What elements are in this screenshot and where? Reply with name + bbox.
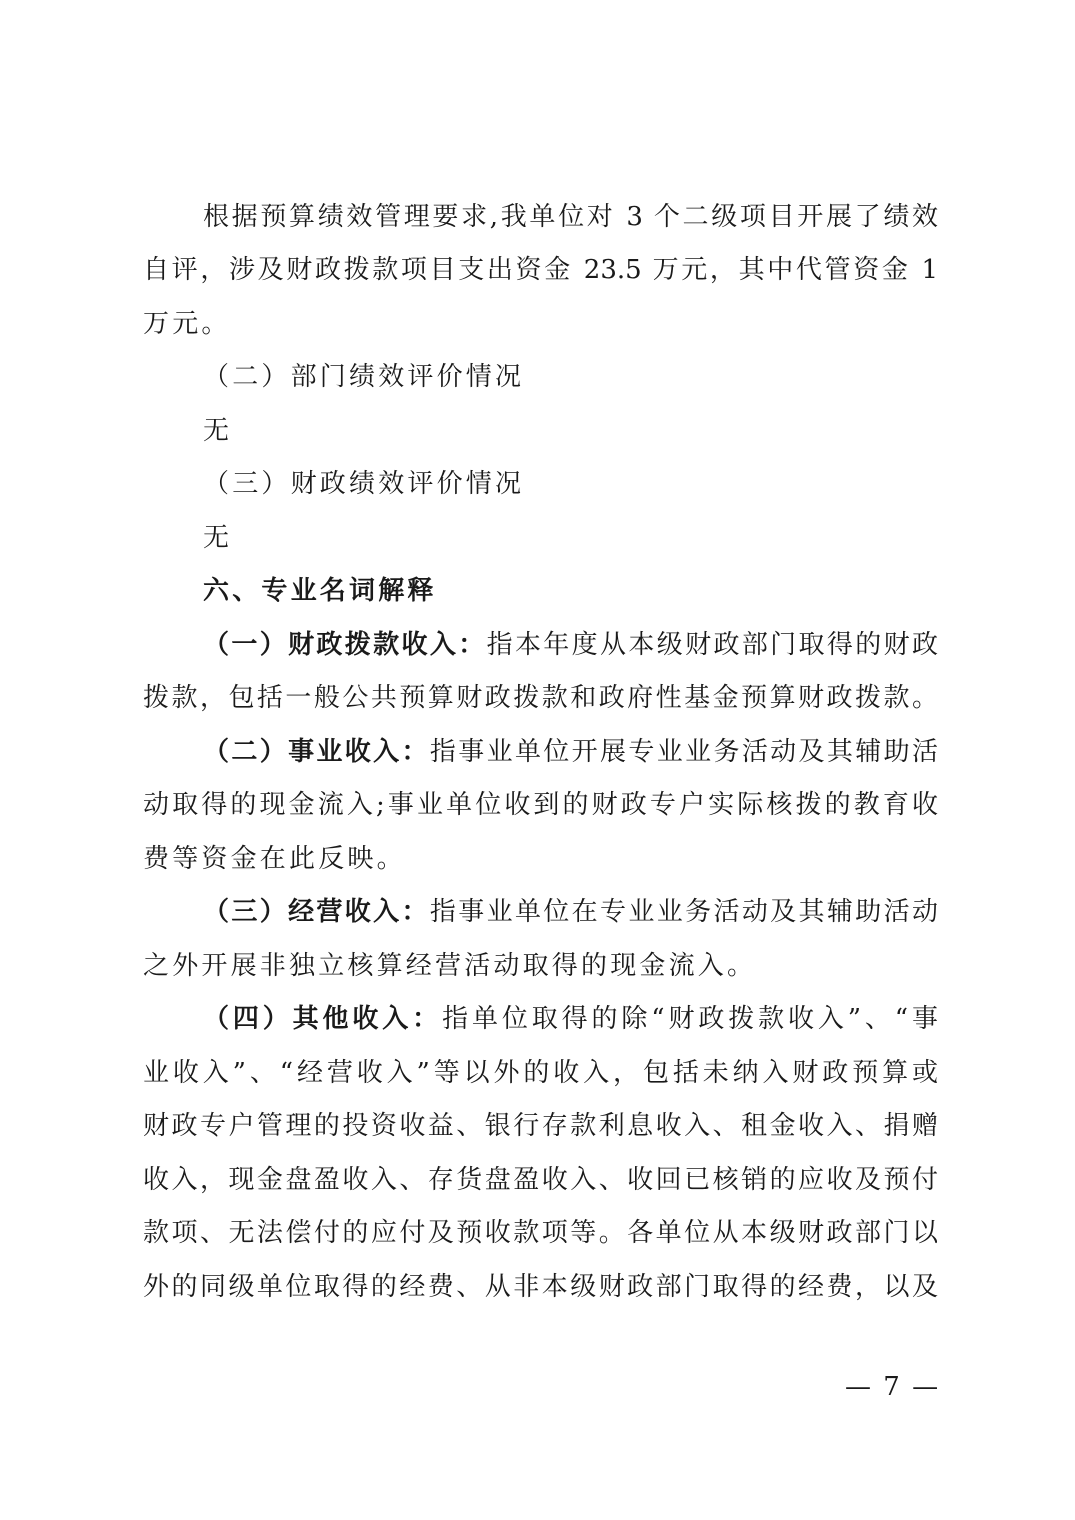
paragraph-line: 业收入”、“经营收入”等以外的收入，包括未纳入财政预算或	[143, 1046, 938, 1100]
glossary-term: （四）其他收入：	[203, 1004, 442, 1034]
paragraph-line: 外的同级单位取得的经费、从非本级财政部门取得的经费，以及	[143, 1260, 938, 1314]
glossary-item-first-line: （四）其他收入：指单位取得的除“财政拨款收入”、“事	[143, 992, 938, 1046]
glossary-item-first-line: （三）经营收入：指事业单位在专业业务活动及其辅助活动	[143, 885, 938, 939]
paragraph-line: 根据预算绩效管理要求,我单位对 3 个二级项目开展了绩效	[143, 190, 938, 244]
section-heading-glossary: 六、专业名词解释	[203, 564, 998, 618]
paragraph-line: 动取得的现金流入;事业单位收到的财政专户实际核拨的教育收	[143, 778, 938, 832]
glossary-definition: 指事业单位开展专业业务活动及其辅助活	[430, 737, 938, 767]
section-heading-fiscal-eval: （三）财政绩效评价情况	[203, 457, 998, 511]
paragraph-line: 万元。	[143, 297, 938, 351]
glossary-definition: 指单位取得的除“财政拨款收入”、“事	[442, 1004, 938, 1034]
paragraph-line: 收入，现金盘盈收入、存货盘盈收入、收回已核销的应收及预付	[143, 1153, 938, 1207]
paragraph-line: 自评，涉及财政拨款项目支出资金 23.5 万元，其中代管资金 1	[143, 243, 938, 297]
glossary-term: （二）事业收入：	[203, 737, 430, 767]
section-content-dept-eval: 无	[203, 404, 998, 458]
section-content-fiscal-eval: 无	[203, 511, 998, 565]
section-heading-dept-eval: （二）部门绩效评价情况	[203, 350, 998, 404]
glossary-item-first-line: （二）事业收入：指事业单位开展专业业务活动及其辅助活	[143, 725, 938, 779]
paragraph-line: 拨款，包括一般公共预算财政拨款和政府性基金预算财政拨款。	[143, 671, 938, 725]
paragraph-line: 款项、无法偿付的应付及预收款项等。各单位从本级财政部门以	[143, 1206, 938, 1260]
glossary-item-first-line: （一）财政拨款收入：指本年度从本级财政部门取得的财政	[143, 618, 938, 672]
glossary-definition: 指本年度从本级财政部门取得的财政	[487, 630, 938, 660]
paragraph-line: 财政专户管理的投资收益、银行存款利息收入、租金收入、捐赠	[143, 1099, 938, 1153]
paragraph-line: 之外开展非独立核算经营活动取得的现金流入。	[143, 939, 938, 993]
page-number: — 7 —	[845, 1372, 940, 1402]
glossary-definition: 指事业单位在专业业务活动及其辅助活动	[430, 897, 938, 927]
glossary-term: （三）经营收入：	[203, 897, 430, 927]
glossary-term: （一）财政拨款收入：	[203, 630, 487, 660]
paragraph-line: 费等资金在此反映。	[143, 832, 938, 886]
